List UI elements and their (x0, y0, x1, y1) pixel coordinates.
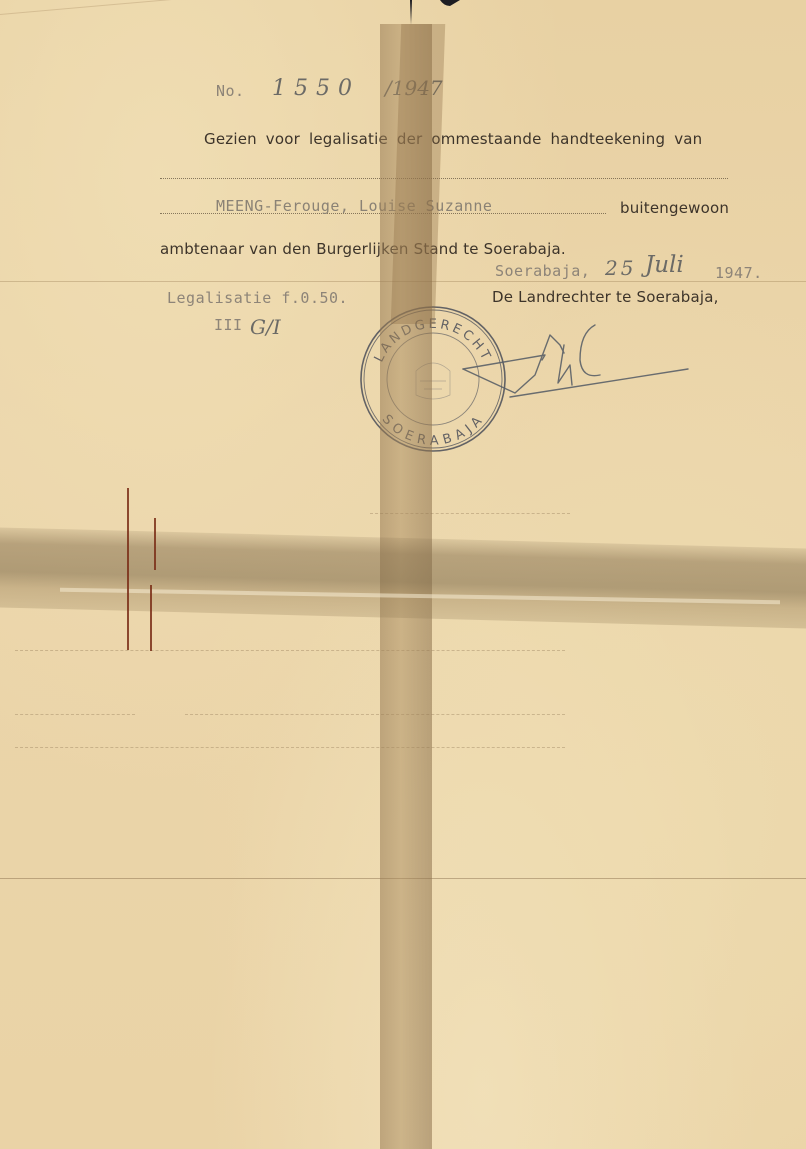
intro-line: Gezien voor legalisatie der ommestaande … (204, 130, 702, 148)
form-line (15, 747, 565, 748)
signatory-name: MEENG-Ferouge, Louise Suzanne (216, 197, 492, 215)
ink-blot-icon (400, 0, 460, 25)
form-line (15, 714, 135, 715)
signatory-role-suffix: buitengewoon (620, 199, 729, 217)
number-value: 1550 (272, 76, 360, 101)
fee-code-handwritten: G/I (250, 315, 281, 339)
date-day: 25 (605, 256, 636, 280)
red-ink-mark (154, 518, 156, 570)
form-line (185, 714, 565, 715)
form-line (15, 650, 565, 651)
fee-line: Legalisatie f.0.50. (167, 289, 348, 307)
date-month: Juli (645, 252, 684, 278)
authority-line: De Landrechter te Soerabaja, (492, 288, 719, 306)
red-ink-mark (150, 585, 152, 651)
date-place: Soerabaja, (495, 262, 590, 280)
red-ink-mark (127, 488, 129, 650)
fee-code-typed: III (214, 316, 243, 334)
number-label: No. (216, 82, 245, 100)
dotted-fill-line (160, 178, 728, 179)
role-line: ambtenaar van den Burgerlijken Stand te … (160, 240, 566, 258)
signature-icon (460, 315, 700, 415)
date-year: 1947. (715, 264, 763, 282)
